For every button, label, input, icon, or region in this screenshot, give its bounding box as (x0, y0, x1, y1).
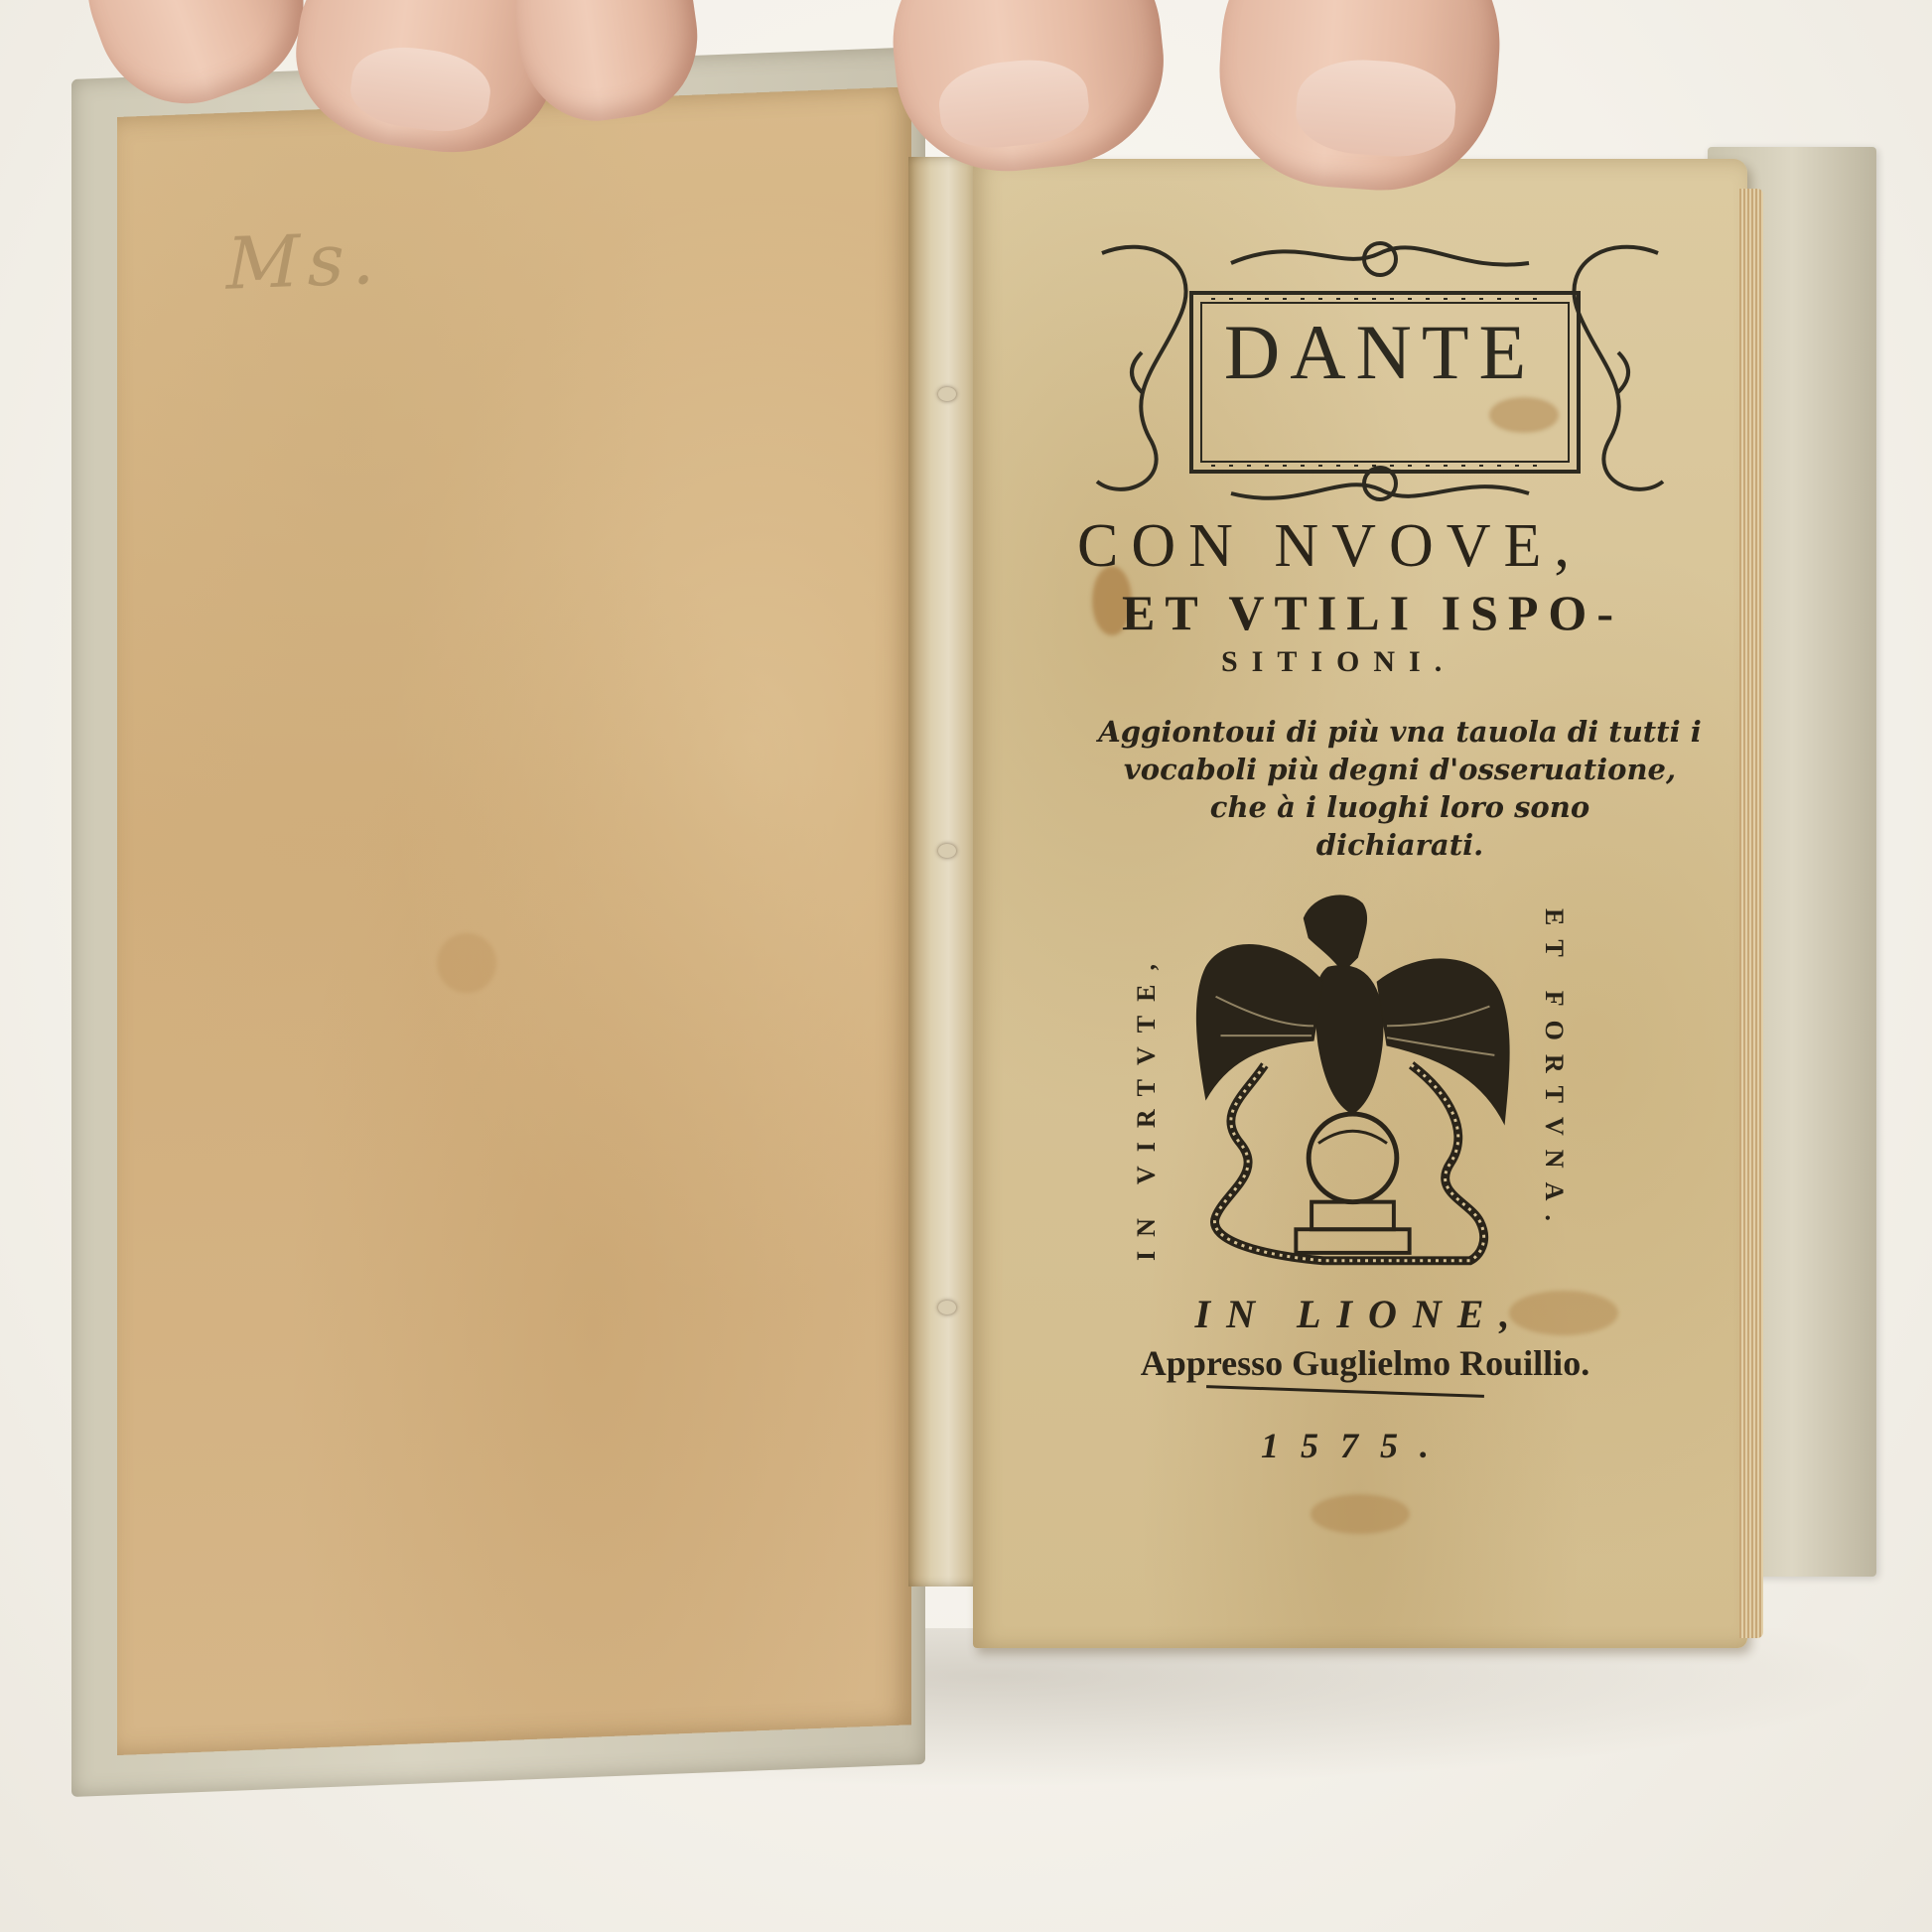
faded-handwriting: Ms. (226, 216, 383, 306)
subtitle-line-2: ET VTILI ISPO- (1122, 584, 1718, 641)
page-fore-edge (1739, 189, 1763, 1638)
subtitle-line-1: CON NVOVE, (1077, 511, 1713, 582)
show-through-text (1033, 1221, 1152, 1261)
eagle-printers-device-icon (1186, 879, 1519, 1281)
subtitle-line-3: SITIONI. (1221, 645, 1539, 679)
italic-line: dichiarati. (1082, 826, 1718, 864)
motto-left: IN VIRTVTE, (1132, 950, 1162, 1261)
publication-year: 1575. (1261, 1425, 1449, 1466)
motto-right: ET FORTVNA. (1539, 908, 1569, 1235)
italic-line: che à i luoghi loro sono (1082, 788, 1718, 826)
printer-name: Appresso Guglielmo Rouillio. (1107, 1342, 1623, 1384)
foxing-stain (437, 933, 496, 993)
imprint-city: IN LIONE, (1152, 1291, 1569, 1337)
italic-line: Aggiontoui di più vna tauola di tutti i (1082, 713, 1718, 751)
fingernail (935, 54, 1092, 153)
italic-line: vocaboli più degni d'osseruatione, (1082, 751, 1718, 788)
thumbnail (346, 40, 495, 138)
binding-stitch (938, 387, 956, 401)
cartouche-title: DANTE (1201, 308, 1559, 397)
fingernail (1294, 56, 1458, 161)
binding-stitch (938, 1301, 956, 1314)
italic-description: Aggiontoui di più vna tauola di tutti i … (1082, 713, 1718, 864)
binding-stitch (938, 844, 956, 858)
left-pastedown-page: Ms. (117, 86, 911, 1755)
foxing-stain (1311, 1494, 1410, 1534)
